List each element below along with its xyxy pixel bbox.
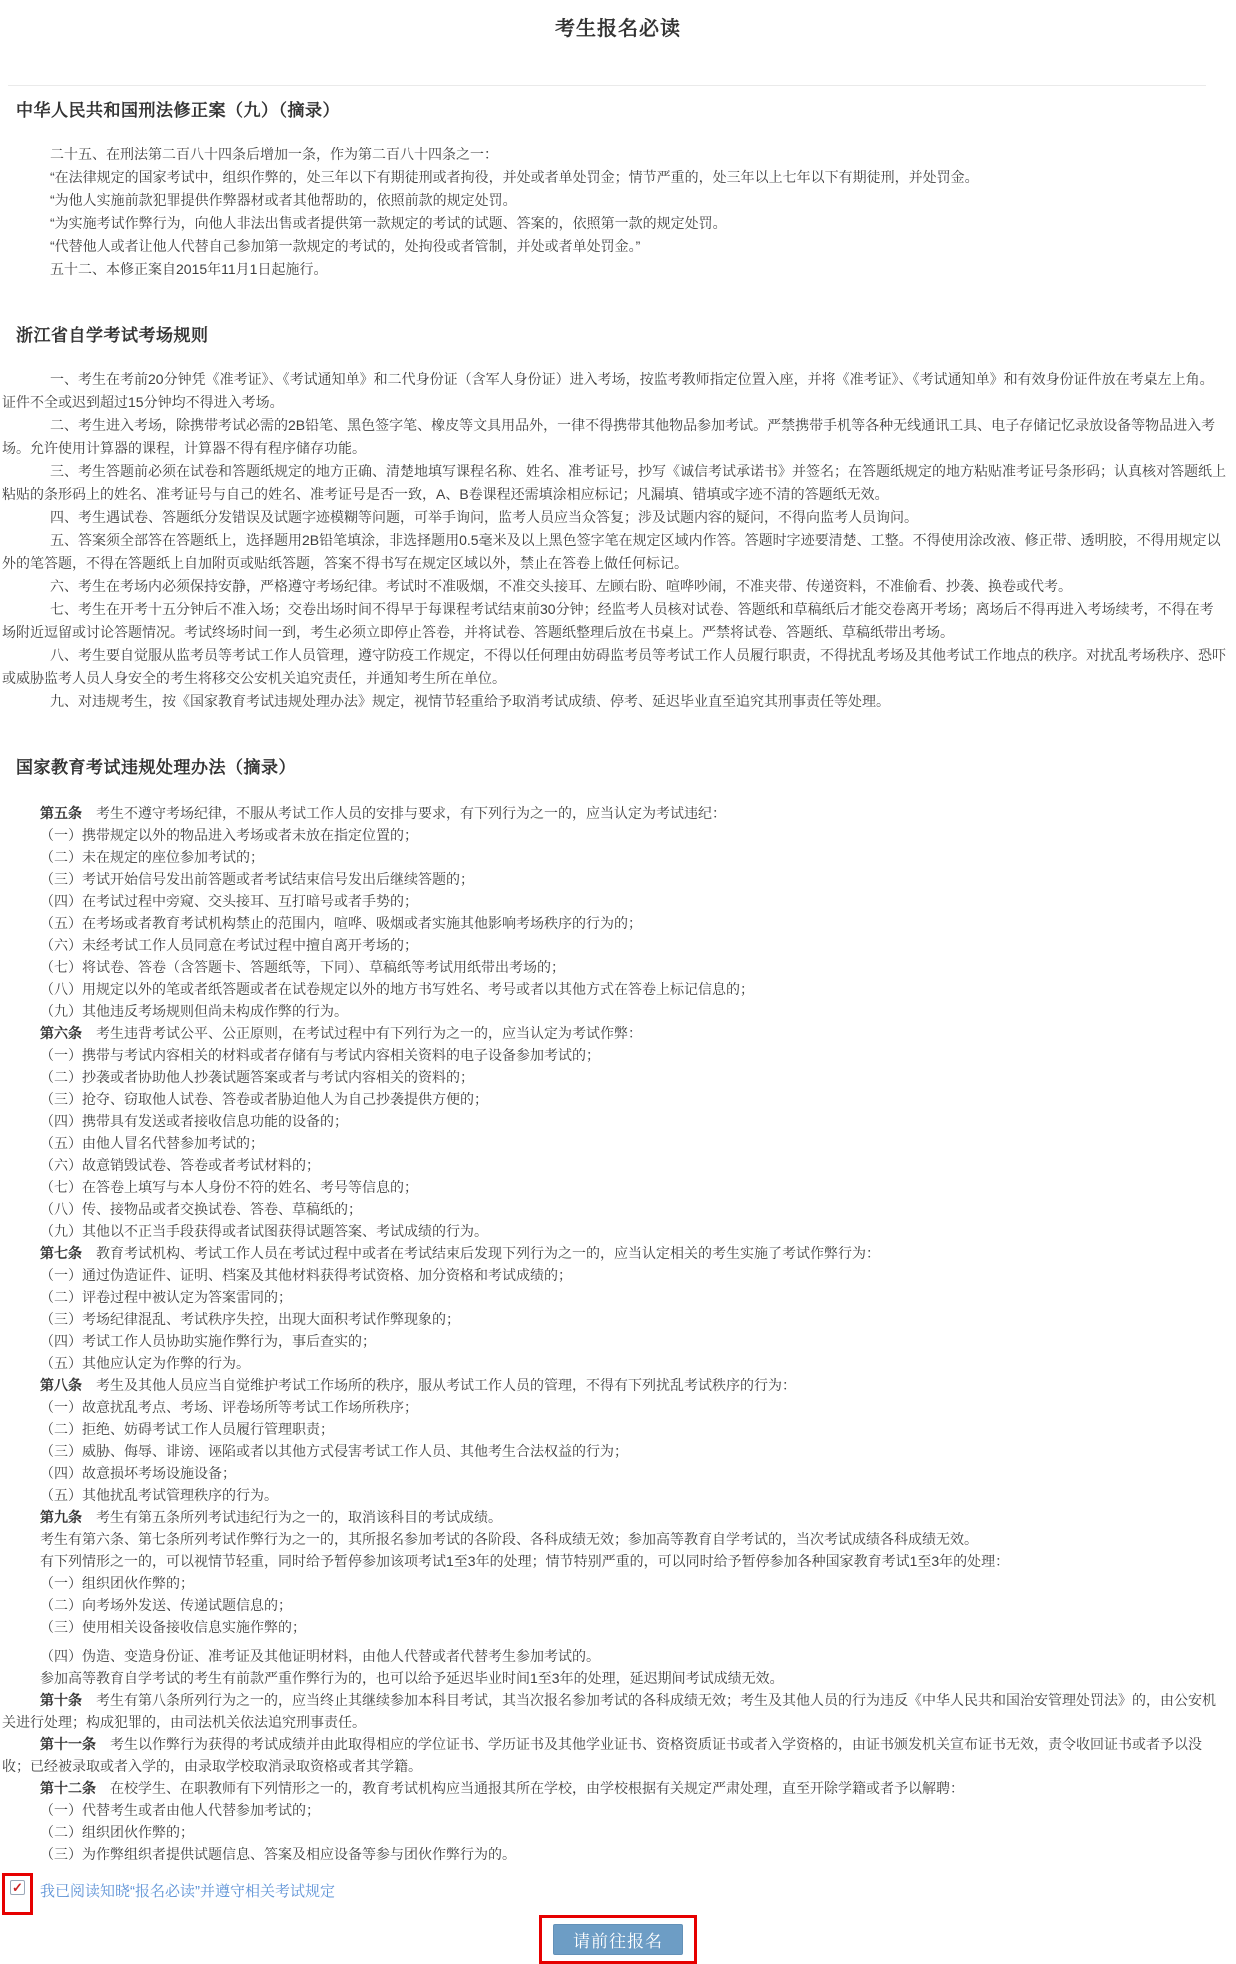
agree-row: ✓ 我已阅读知晓“报名必读”并遵守相关考试规定 — [2, 1873, 1236, 1915]
paragraph-text: 考生有第六条、第七条所列考试作弊行为之一的，其所报名参加考试的各阶段、各科成绩无… — [40, 1531, 978, 1547]
article-number: 第六条 — [40, 1025, 82, 1041]
paragraph: （六）未经考试工作人员同意在考试过程中擅自离开考场的； — [2, 934, 1226, 956]
paragraph: （七）在答卷上填写与本人身份不符的姓名、考号等信息的； — [2, 1176, 1226, 1198]
red-highlight-box-checkbox: ✓ — [2, 1873, 33, 1915]
paragraph-text: 一、考生在考前20分钟凭《准考证》、《考试通知单》和二代身份证（含军人身份证）进… — [2, 371, 1214, 410]
paragraph-text: 考生不遵守考场纪律，不服从考试工作人员的安排与要求，有下列行为之一的，应当认定为… — [96, 805, 726, 821]
paragraph: （四）在考试过程中旁窥、交头接耳、互打暗号或者手势的； — [2, 890, 1226, 912]
paragraph-text: （四）携带具有发送或者接收信息功能的设备的； — [40, 1113, 348, 1129]
paragraph-text: “在法律规定的国家考试中，组织作弊的，处三年以下有期徒刑或者拘役，并处或者单处罚… — [50, 169, 979, 185]
paragraph: （四）故意损坏考场设施设备； — [2, 1462, 1226, 1484]
paragraph: 五十二、本修正案自2015年11月1日起施行。 — [2, 258, 1226, 281]
paragraph-text: （三）考场纪律混乱、考试秩序失控，出现大面积考试作弊现象的； — [40, 1311, 460, 1327]
section-heading: 浙江省自学考试考场规则 — [16, 321, 1236, 346]
article-paragraph: 第十条 考生有第八条所列行为之一的，应当终止其继续参加本科目考试，其当次报名参加… — [2, 1689, 1226, 1733]
paragraph-text: （一）携带与考试内容相关的材料或者存储有与考试内容相关资料的电子设备参加考试的； — [40, 1047, 600, 1063]
paragraph: （三）考试开始信号发出前答题或者考试结束信号发出后继续答题的； — [2, 868, 1226, 890]
paragraph-text: （五）由他人冒名代替参加考试的； — [40, 1135, 264, 1151]
paragraph: （一）通过伪造证件、证明、档案及其他材料获得考试资格、加分资格和考试成绩的； — [2, 1264, 1226, 1286]
paragraph-text: 参加高等教育自学考试的考生有前款严重作弊行为的，也可以给予延迟毕业时间1至3年的… — [40, 1670, 784, 1686]
section-heading: 中华人民共和国刑法修正案（九）（摘录） — [16, 96, 1236, 121]
paragraph-text: 五、答案须全部答在答题纸上，选择题用2B铅笔填涂，非选择题用0.5毫米及以上黑色… — [2, 532, 1221, 571]
agree-checkbox[interactable]: ✓ — [10, 1880, 25, 1895]
paragraph-text: （二）评卷过程中被认定为答案雷同的； — [40, 1289, 292, 1305]
paragraph-text: （五）其他扰乱考试管理秩序的行为。 — [40, 1487, 278, 1503]
paragraph: 八、考生要自觉服从监考员等考试工作人员管理，遵守防疫工作规定，不得以任何理由妨碍… — [2, 644, 1226, 690]
paragraph-text: 四、考生遇试卷、答题纸分发错误及试题字迹模糊等问题，可举手询问，监考人员应当众答… — [50, 509, 918, 525]
paragraph-text: （一）组织团伙作弊的； — [40, 1575, 194, 1591]
article-number: 第五条 — [40, 805, 82, 821]
paragraph: （二）未在规定的座位参加考试的； — [2, 846, 1226, 868]
paragraph: “为他人实施前款犯罪提供作弊器材或者其他帮助的，依照前款的规定处罚。 — [2, 189, 1226, 212]
paragraph: （五）其他扰乱考试管理秩序的行为。 — [2, 1484, 1226, 1506]
paragraph: （一）故意扰乱考点、考场、评卷场所等考试工作场所秩序； — [2, 1396, 1226, 1418]
paragraph-text: 二、考生进入考场，除携带考试必需的2B铅笔、黑色签字笔、橡皮等文具用品外，一律不… — [2, 417, 1215, 456]
paragraph-text: （三）使用相关设备接收信息实施作弊的； — [40, 1619, 306, 1635]
paragraph-text: （三）考试开始信号发出前答题或者考试结束信号发出后继续答题的； — [40, 871, 474, 887]
paragraph-text: （四）伪造、变造身份证、准考证及其他证明材料，由他人代替或者代替考生参加考试的。 — [40, 1648, 600, 1664]
paragraph: 有下列情形之一的，可以视情节轻重，同时给予暂停参加该项考试1至3年的处理；情节特… — [2, 1550, 1226, 1572]
page-title: 考生报名必读 — [0, 0, 1236, 41]
article-number: 第七条 — [40, 1245, 82, 1261]
paragraph-text: （二）抄袭或者协助他人抄袭试题答案或者与考试内容相关的资料的； — [40, 1069, 474, 1085]
paragraph: （一）携带规定以外的物品进入考场或者未放在指定位置的； — [2, 824, 1226, 846]
article-number: 第九条 — [40, 1509, 82, 1525]
paragraph: （四）携带具有发送或者接收信息功能的设备的； — [2, 1110, 1226, 1132]
paragraph: “为实施考试作弊行为，向他人非法出售或者提供第一款规定的考试的试题、答案的，依照… — [2, 212, 1226, 235]
paragraph-text: 考生有第五条所列考试违纪行为之一的，取消该科目的考试成绩。 — [96, 1509, 502, 1525]
paragraph-text: （二）向考场外发送、传递试题信息的； — [40, 1597, 292, 1613]
paragraph: 参加高等教育自学考试的考生有前款严重作弊行为的，也可以给予延迟毕业时间1至3年的… — [2, 1667, 1226, 1689]
article-paragraph: 第八条 考生及其他人员应当自觉维护考试工作场所的秩序，服从考试工作人员的管理，不… — [2, 1374, 1226, 1396]
paragraph: （三）抢夺、窃取他人试卷、答卷或者胁迫他人为自己抄袭提供方便的； — [2, 1088, 1226, 1110]
registration-notice-page: 考生报名必读 中华人民共和国刑法修正案（九）（摘录）二十五、在刑法第二百八十四条… — [0, 0, 1236, 1964]
paragraph-text: “为实施考试作弊行为，向他人非法出售或者提供第一款规定的考试的试题、答案的，依照… — [50, 215, 727, 231]
article-number: 第十二条 — [40, 1780, 96, 1796]
paragraph: “代替他人或者让他人代替自己参加第一款规定的考试的，处拘役或者管制，并处或者单处… — [2, 235, 1226, 258]
paragraph: （二）抄袭或者协助他人抄袭试题答案或者与考试内容相关的资料的； — [2, 1066, 1226, 1088]
paragraph-text: （一）携带规定以外的物品进入考场或者未放在指定位置的； — [40, 827, 418, 843]
paragraph: （五）在考场或者教育考试机构禁止的范围内，喧哗、吸烟或者实施其他影响考场秩序的行… — [2, 912, 1226, 934]
paragraph-text: 七、考生在开考十五分钟后不准入场；交卷出场时间不得早于每课程考试结束前30分钟；… — [2, 601, 1214, 640]
paragraph-text: （七）将试卷、答卷（含答题卡、答题纸等，下同）、草稿纸等考试用纸带出考场的； — [40, 959, 565, 975]
paragraph-text: （二）未在规定的座位参加考试的； — [40, 849, 264, 865]
article-paragraph: 第十二条 在校学生、在职教师有下列情形之一的，教育考试机构应当通报其所在学校，由… — [2, 1777, 1226, 1799]
article-paragraph: 第五条 考生不遵守考场纪律，不服从考试工作人员的安排与要求，有下列行为之一的，应… — [2, 802, 1226, 824]
paragraph: （二）评卷过程中被认定为答案雷同的； — [2, 1286, 1226, 1308]
paragraph-text: （九）其他违反考场规则但尚未构成作弊的行为。 — [40, 1003, 348, 1019]
paragraph-text: 二十五、在刑法第二百八十四条后增加一条，作为第二百八十四条之一： — [50, 146, 498, 162]
paragraph-text: 教育考试机构、考试工作人员在考试过程中或者在考试结束后发现下列行为之一的，应当认… — [96, 1245, 880, 1261]
paragraph-text: （四）故意损坏考场设施设备； — [40, 1465, 236, 1481]
paragraph: （一）代替考生或者由他人代替参加考试的； — [2, 1799, 1226, 1821]
paragraph: （三）考场纪律混乱、考试秩序失控，出现大面积考试作弊现象的； — [2, 1308, 1226, 1330]
paragraph: “在法律规定的国家考试中，组织作弊的，处三年以下有期徒刑或者拘役，并处或者单处罚… — [2, 166, 1226, 189]
register-button[interactable]: 请前往报名 — [553, 1924, 683, 1955]
paragraph: （一）组织团伙作弊的； — [2, 1572, 1226, 1594]
paragraph-text: （五）在考场或者教育考试机构禁止的范围内，喧哗、吸烟或者实施其他影响考场秩序的行… — [40, 915, 642, 931]
paragraph: （一）携带与考试内容相关的材料或者存储有与考试内容相关资料的电子设备参加考试的； — [2, 1044, 1226, 1066]
paragraph-text: “为他人实施前款犯罪提供作弊器材或者其他帮助的，依照前款的规定处罚。 — [50, 192, 517, 208]
paragraph: （九）其他违反考场规则但尚未构成作弊的行为。 — [2, 1000, 1226, 1022]
paragraph: （八）传、接物品或者交换试卷、答卷、草稿纸的； — [2, 1198, 1226, 1220]
paragraph: 五、答案须全部答在答题纸上，选择题用2B铅笔填涂，非选择题用0.5毫米及以上黑色… — [2, 529, 1226, 575]
paragraph: （三）使用相关设备接收信息实施作弊的； — [2, 1616, 1226, 1638]
article-number: 第十一条 — [40, 1736, 96, 1752]
paragraph-text: （六）故意销毁试卷、答卷或者考试材料的； — [40, 1157, 320, 1173]
paragraph: （四）考试工作人员协助实施作弊行为，事后查实的； — [2, 1330, 1226, 1352]
paragraph-text: 考生有第八条所列行为之一的，应当终止其继续参加本科目考试，其当次报名参加考试的各… — [2, 1692, 1216, 1730]
article-number: 第八条 — [40, 1377, 82, 1393]
paragraph: （七）将试卷、答卷（含答题卡、答题纸等，下同）、草稿纸等考试用纸带出考场的； — [2, 956, 1226, 978]
paragraph: （九）其他以不正当手段获得或者试图获得试题答案、考试成绩的行为。 — [2, 1220, 1226, 1242]
paragraph-text: （二）拒绝、妨碍考试工作人员履行管理职责； — [40, 1421, 334, 1437]
paragraph: （八）用规定以外的笔或者纸答题或者在试卷规定以外的地方书写姓名、考号或者以其他方… — [2, 978, 1226, 1000]
paragraph: 六、考生在考场内必须保持安静，严格遵守考场纪律。考试时不准吸烟，不准交头接耳、左… — [2, 575, 1226, 598]
button-row: 请前往报名 — [0, 1915, 1236, 1964]
article-paragraph: 第十一条 考生以作弊行为获得的考试成绩并由此取得相应的学位证书、学历证书及其他学… — [2, 1733, 1226, 1777]
paragraph-text: （四）考试工作人员协助实施作弊行为，事后查实的； — [40, 1333, 376, 1349]
paragraph: 七、考生在开考十五分钟后不准入场；交卷出场时间不得早于每课程考试结束前30分钟；… — [2, 598, 1226, 644]
paragraph-text: （二）组织团伙作弊的； — [40, 1824, 194, 1840]
paragraph: 四、考生遇试卷、答题纸分发错误及试题字迹模糊等问题，可举手询问，监考人员应当众答… — [2, 506, 1226, 529]
paragraph: （二）拒绝、妨碍考试工作人员履行管理职责； — [2, 1418, 1226, 1440]
paragraph: （五）由他人冒名代替参加考试的； — [2, 1132, 1226, 1154]
paragraph: 考生有第六条、第七条所列考试作弊行为之一的，其所报名参加考试的各阶段、各科成绩无… — [2, 1528, 1226, 1550]
paragraph: （四）伪造、变造身份证、准考证及其他证明材料，由他人代替或者代替考生参加考试的。 — [2, 1645, 1226, 1667]
paragraph-text: （七）在答卷上填写与本人身份不符的姓名、考号等信息的； — [40, 1179, 418, 1195]
paragraph: （三）威胁、侮辱、诽谤、诬陷或者以其他方式侵害考试工作人员、其他考生合法权益的行… — [2, 1440, 1226, 1462]
paragraph: （三）为作弊组织者提供试题信息、答案及相应设备等参与团伙作弊行为的。 — [2, 1843, 1226, 1865]
paragraph-text: （一）通过伪造证件、证明、档案及其他材料获得考试资格、加分资格和考试成绩的； — [40, 1267, 572, 1283]
article-paragraph: 第六条 考生违背考试公平、公正原则，在考试过程中有下列行为之一的，应当认定为考试… — [2, 1022, 1226, 1044]
paragraph: 九、对违规考生，按《国家教育考试违规处理办法》规定，视情节轻重给予取消考试成绩、… — [2, 690, 1226, 713]
paragraph: （五）其他应认定为作弊的行为。 — [2, 1352, 1226, 1374]
paragraph-text: （九）其他以不正当手段获得或者试图获得试题答案、考试成绩的行为。 — [40, 1223, 488, 1239]
paragraph-text: （六）未经考试工作人员同意在考试过程中擅自离开考场的； — [40, 937, 418, 953]
paragraph-text: 六、考生在考场内必须保持安静，严格遵守考场纪律。考试时不准吸烟，不准交头接耳、左… — [50, 578, 1072, 594]
paragraph-text: 在校学生、在职教师有下列情形之一的，教育考试机构应当通报其所在学校，由学校根据有… — [110, 1780, 964, 1796]
paragraph-text: 九、对违规考生，按《国家教育考试违规处理办法》规定，视情节轻重给予取消考试成绩、… — [50, 693, 890, 709]
paragraph: （六）故意销毁试卷、答卷或者考试材料的； — [2, 1154, 1226, 1176]
section-body: 二十五、在刑法第二百八十四条后增加一条，作为第二百八十四条之一：“在法律规定的国… — [0, 143, 1236, 281]
section-body: 第五条 考生不遵守考场纪律，不服从考试工作人员的安排与要求，有下列行为之一的，应… — [0, 802, 1236, 1865]
article-paragraph: 第九条 考生有第五条所列考试违纪行为之一的，取消该科目的考试成绩。 — [2, 1506, 1226, 1528]
paragraph: 二、考生进入考场，除携带考试必需的2B铅笔、黑色签字笔、橡皮等文具用品外，一律不… — [2, 414, 1226, 460]
paragraph-text: 三、考生答题前必须在试卷和答题纸规定的地方正确、清楚地填写课程名称、姓名、准考证… — [2, 463, 1226, 502]
paragraph-text: 五十二、本修正案自2015年11月1日起施行。 — [50, 261, 327, 277]
paragraph-text: （三）威胁、侮辱、诽谤、诬陷或者以其他方式侵害考试工作人员、其他考生合法权益的行… — [40, 1443, 628, 1459]
paragraph: 一、考生在考前20分钟凭《准考证》、《考试通知单》和二代身份证（含军人身份证）进… — [2, 368, 1226, 414]
paragraph-text: 八、考生要自觉服从监考员等考试工作人员管理，遵守防疫工作规定，不得以任何理由妨碍… — [2, 647, 1226, 686]
paragraph-text: 考生违背考试公平、公正原则，在考试过程中有下列行为之一的，应当认定为考试作弊： — [96, 1025, 642, 1041]
paragraph-text: （四）在考试过程中旁窥、交头接耳、互打暗号或者手势的； — [40, 893, 418, 909]
paragraph-text: （三）抢夺、窃取他人试卷、答卷或者胁迫他人为自己抄袭提供方便的； — [40, 1091, 488, 1107]
paragraph-text: （五）其他应认定为作弊的行为。 — [40, 1355, 250, 1371]
red-highlight-box-button: 请前往报名 — [539, 1915, 697, 1964]
paragraph-text: （八）用规定以外的笔或者纸答题或者在试卷规定以外的地方书写姓名、考号或者以其他方… — [40, 981, 754, 997]
paragraph: 三、考生答题前必须在试卷和答题纸规定的地方正确、清楚地填写课程名称、姓名、准考证… — [2, 460, 1226, 506]
paragraph: 二十五、在刑法第二百八十四条后增加一条，作为第二百八十四条之一： — [2, 143, 1226, 166]
section-body: 一、考生在考前20分钟凭《准考证》、《考试通知单》和二代身份证（含军人身份证）进… — [0, 368, 1236, 713]
section-heading: 国家教育考试违规处理办法（摘录） — [16, 753, 1236, 778]
agree-label[interactable]: 我已阅读知晓“报名必读”并遵守相关考试规定 — [40, 1873, 335, 1901]
paragraph-text: （三）为作弊组织者提供试题信息、答案及相应设备等参与团伙作弊行为的。 — [40, 1846, 516, 1862]
sections-container: 中华人民共和国刑法修正案（九）（摘录）二十五、在刑法第二百八十四条后增加一条，作… — [0, 96, 1236, 1865]
paragraph-text: 有下列情形之一的，可以视情节轻重，同时给予暂停参加该项考试1至3年的处理；情节特… — [40, 1553, 1009, 1569]
article-number: 第十条 — [40, 1692, 82, 1708]
paragraph: （二）向考场外发送、传递试题信息的； — [2, 1594, 1226, 1616]
paragraph-text: 考生及其他人员应当自觉维护考试工作场所的秩序，服从考试工作人员的管理，不得有下列… — [96, 1377, 796, 1393]
checkmark-icon: ✓ — [12, 1881, 23, 1894]
paragraph-text: （一）代替考生或者由他人代替参加考试的； — [40, 1802, 320, 1818]
paragraph-text: “代替他人或者让他人代替自己参加第一款规定的考试的，处拘役或者管制，并处或者单处… — [50, 238, 640, 254]
paragraph-text: （一）故意扰乱考点、考场、评卷场所等考试工作场所秩序； — [40, 1399, 418, 1415]
paragraph: （二）组织团伙作弊的； — [2, 1821, 1226, 1843]
article-paragraph: 第七条 教育考试机构、考试工作人员在考试过程中或者在考试结束后发现下列行为之一的… — [2, 1242, 1226, 1264]
divider — [8, 85, 1206, 86]
paragraph-text: 考生以作弊行为获得的考试成绩并由此取得相应的学位证书、学历证书及其他学业证书、资… — [2, 1736, 1202, 1774]
paragraph-text: （八）传、接物品或者交换试卷、答卷、草稿纸的； — [40, 1201, 362, 1217]
